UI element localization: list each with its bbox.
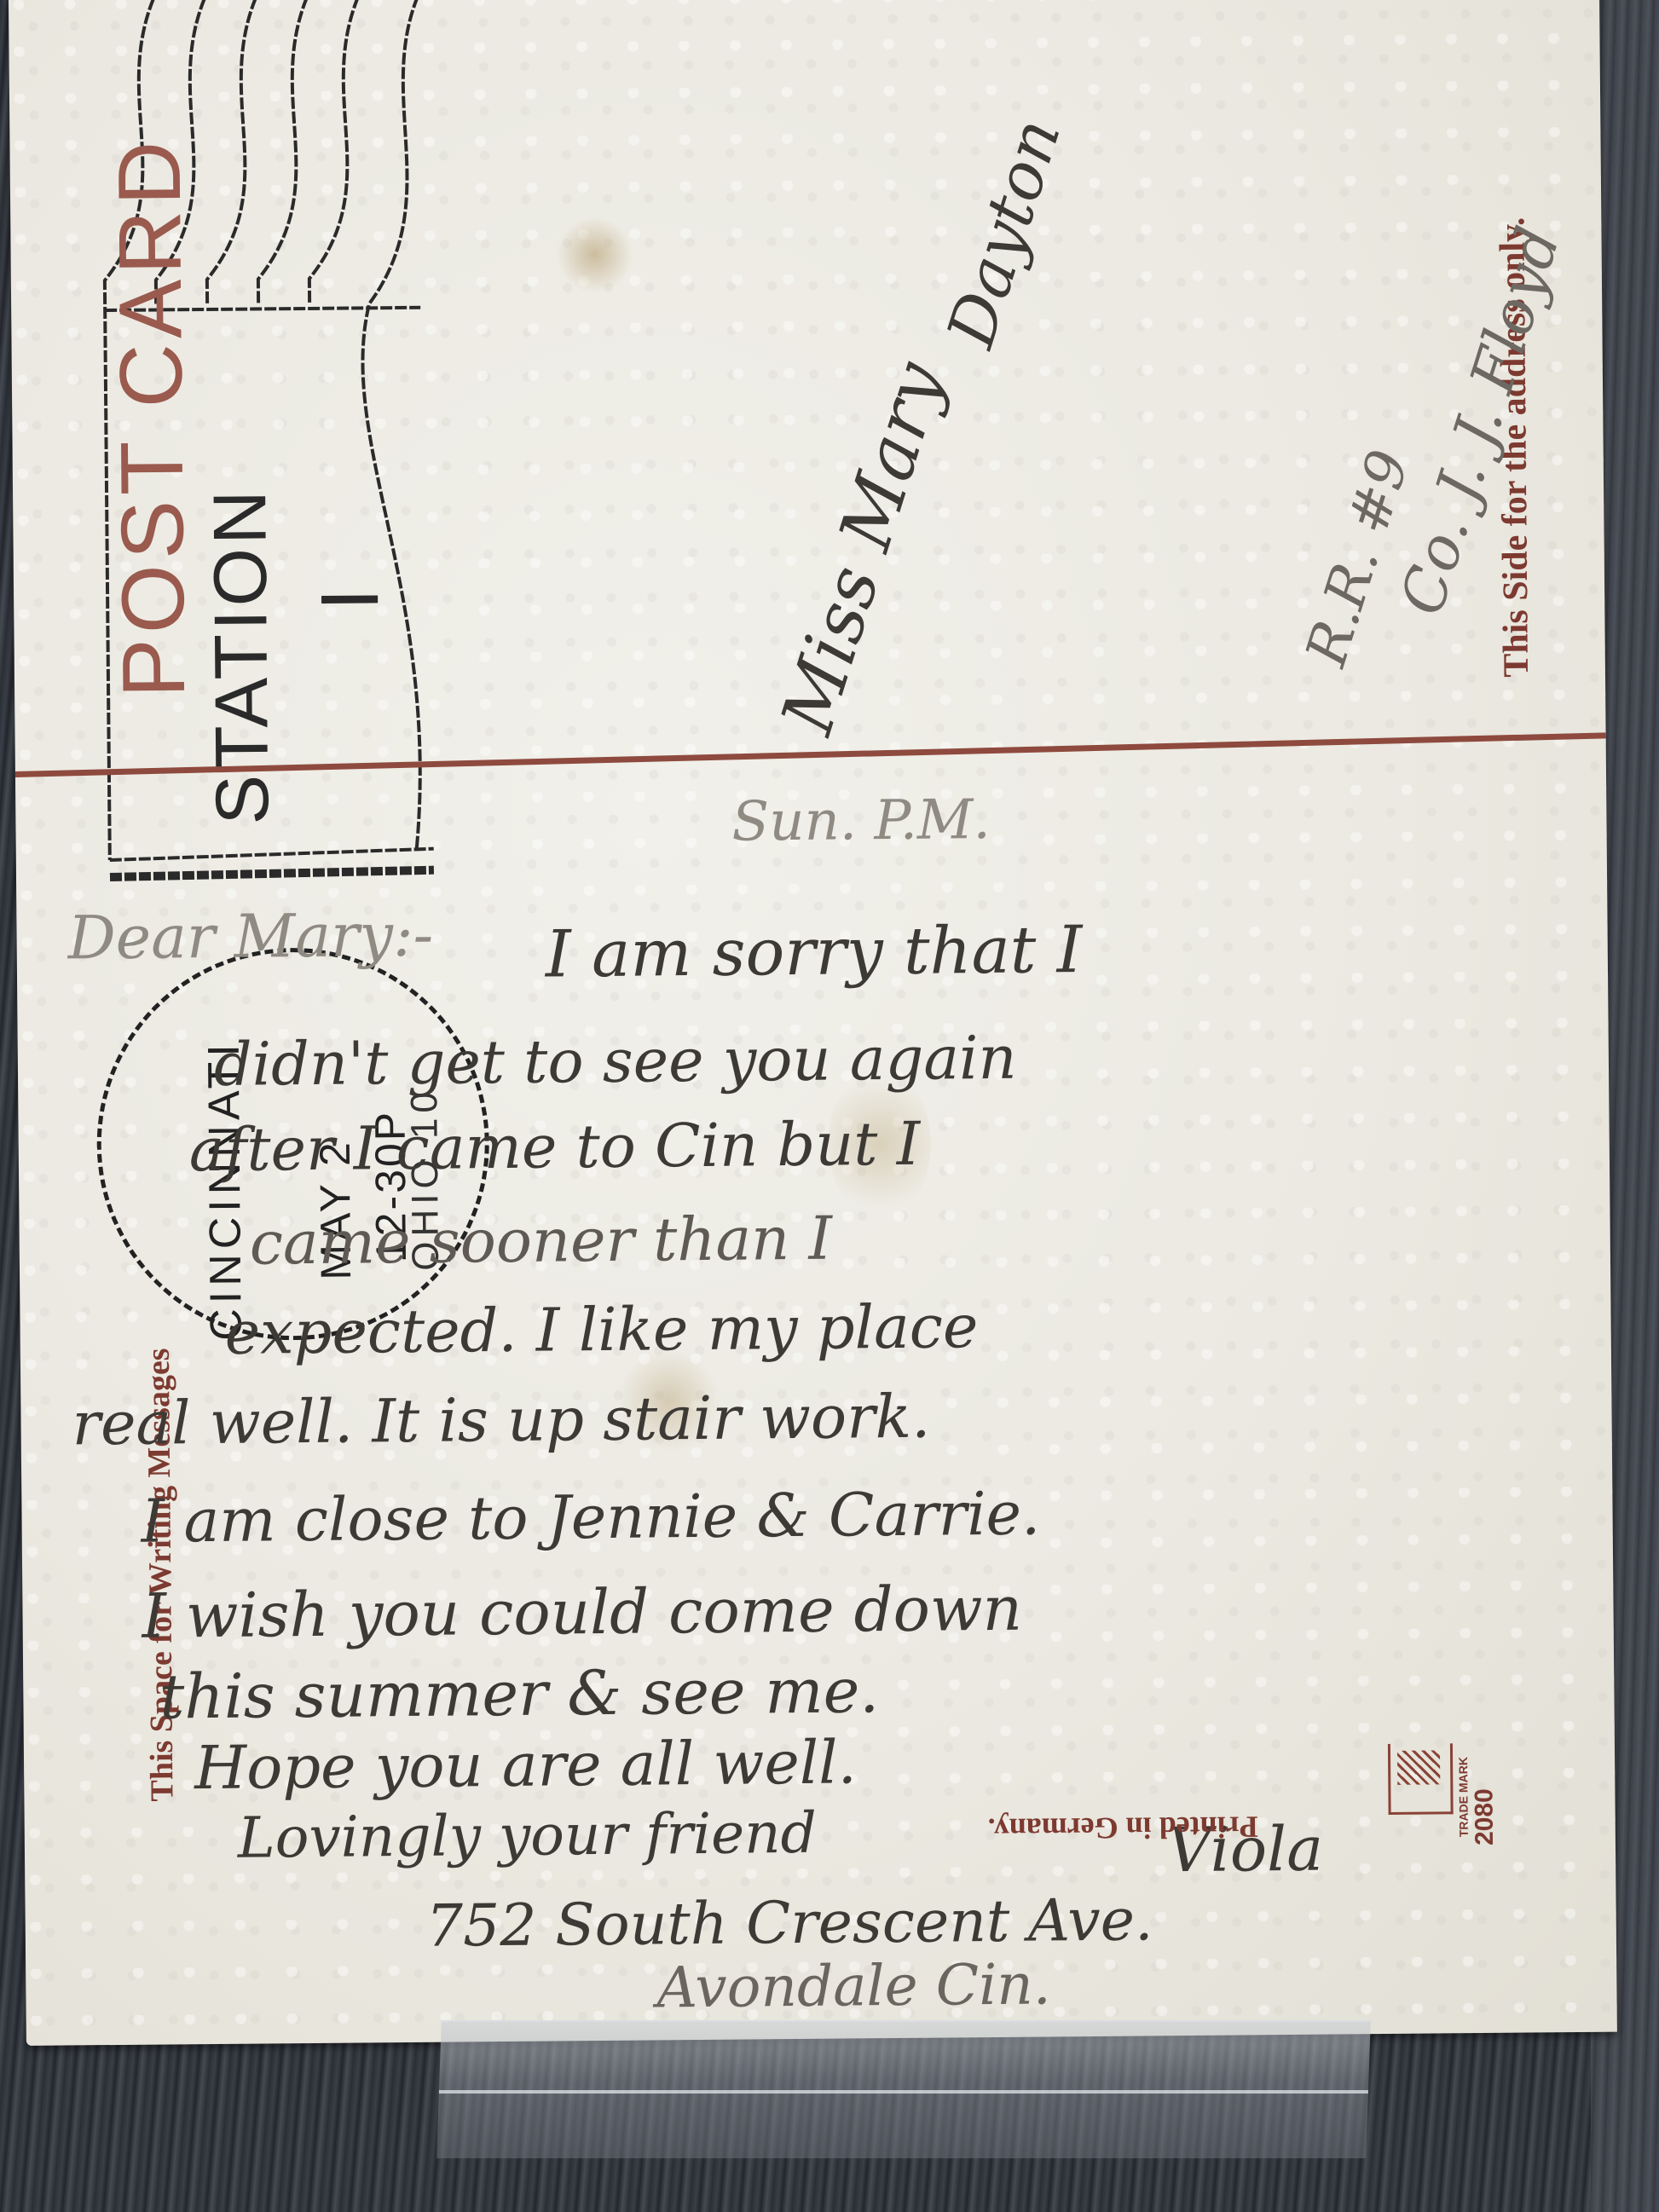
postcard: STATION I POST CARD This Side for the ad… — [9, 0, 1617, 2046]
message-return-address: 752 South Crescent Ave. — [425, 1886, 1153, 1960]
message-line: Lovingly your friend — [237, 1800, 817, 1871]
message-line: I am sorry that I — [545, 911, 1083, 991]
message-salutation: Dear Mary:- — [67, 900, 433, 973]
message-line: Hope you are all well. — [194, 1727, 857, 1803]
stain — [556, 217, 633, 294]
message-line: after I came to Cin but I — [188, 1109, 920, 1185]
message-line: didn't get to see you again — [214, 1023, 1017, 1100]
cancellation-station-text: STATION — [196, 487, 286, 825]
cancellation-station-letter: I — [303, 587, 397, 611]
trademark-logo-icon — [1388, 1743, 1454, 1815]
message-return-address: Avondale Cin. — [656, 1951, 1051, 2020]
message-line: came sooner than I — [249, 1204, 832, 1279]
publisher-trademark: TRADE MARK 2080 — [1388, 1735, 1491, 1838]
acrylic-display-stand — [436, 2020, 1371, 2158]
message-line: expected. I like my place — [224, 1291, 978, 1368]
printed-in-label: Printed in Germany. — [988, 1809, 1258, 1847]
message-line: I wish you could come down — [142, 1573, 1022, 1652]
message-line: I am close to Jennie & Carrie. — [141, 1479, 1040, 1556]
message-line: real well. It is up stair work. — [72, 1382, 930, 1459]
postcard-title: POST CARD — [99, 136, 205, 698]
message-header: Sun. P.M. — [731, 788, 991, 854]
message-line: this summer & see me. — [159, 1655, 879, 1732]
trademark-number: 2080 — [1470, 1788, 1500, 1845]
trademark-label: TRADE MARK — [1456, 1757, 1471, 1837]
